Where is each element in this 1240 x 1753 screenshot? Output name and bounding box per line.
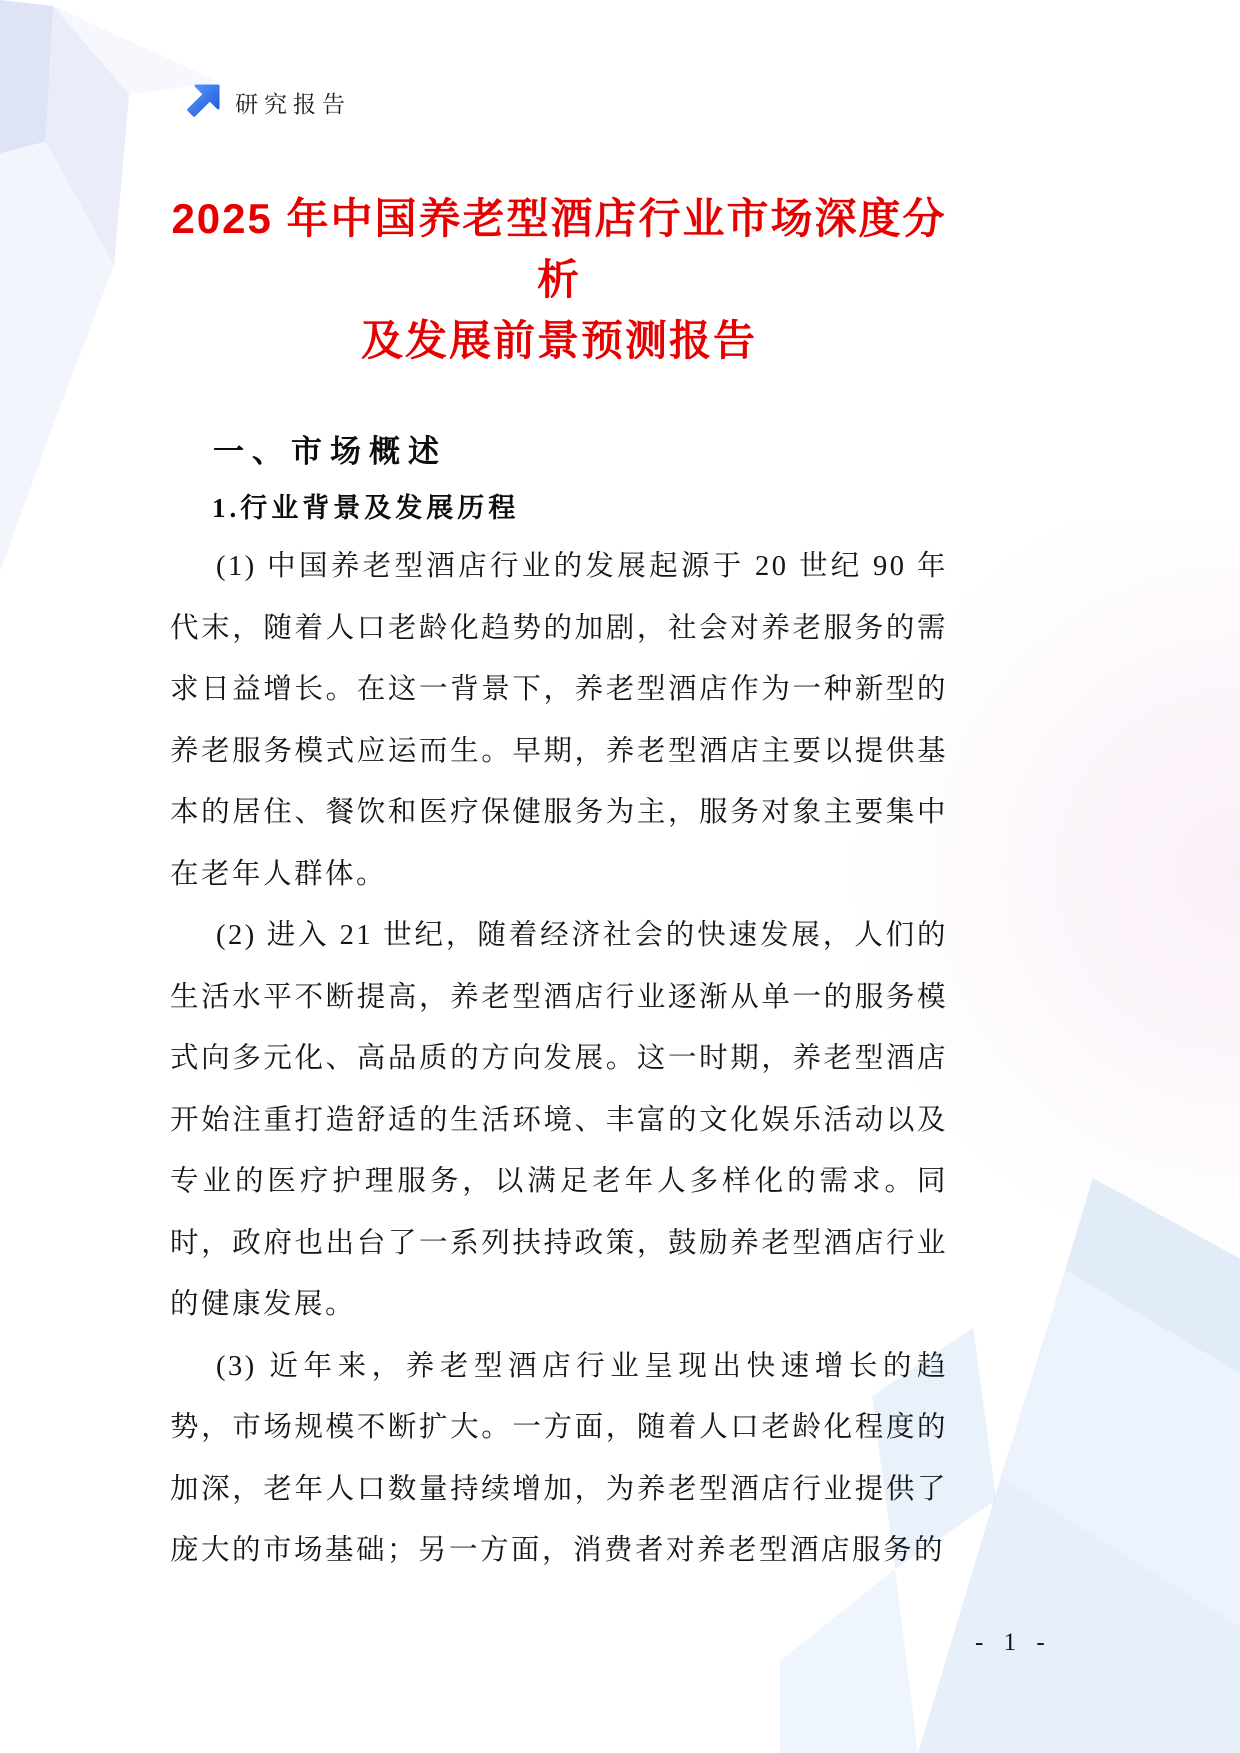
body-text: (1) 中国养老型酒店行业的发展起源于 20 世纪 90 年代末，随着人口老龄化… (170, 536, 948, 1582)
report-title-line2: 及发展前景预测报告 (170, 310, 948, 371)
section-heading: 一、市场概述 (213, 426, 447, 471)
body-paragraph: (2) 进入 21 世纪，随着经济社会的快速发展，人们的生活水平不断提高，养老型… (170, 905, 948, 1336)
brand-label: 研究报告 (235, 86, 351, 119)
arrow-up-right-icon (183, 84, 220, 121)
page-number: - 1 - (975, 1629, 1052, 1657)
report-page: 研究报告 2025 年中国养老型酒店行业市场深度分析 及发展前景预测报告 一、市… (0, 0, 1240, 1753)
report-title: 2025 年中国养老型酒店行业市场深度分析 及发展前景预测报告 (170, 188, 948, 371)
brand-logo: 研究报告 (183, 84, 351, 121)
subsection-heading: 1.行业背景及发展历程 (212, 486, 519, 525)
report-title-line1: 2025 年中国养老型酒店行业市场深度分析 (170, 188, 948, 310)
body-paragraph: (1) 中国养老型酒店行业的发展起源于 20 世纪 90 年代末，随着人口老龄化… (170, 536, 948, 905)
body-paragraph: (3) 近年来，养老型酒店行业呈现出快速增长的趋势，市场规模不断扩大。一方面，随… (170, 1336, 948, 1582)
